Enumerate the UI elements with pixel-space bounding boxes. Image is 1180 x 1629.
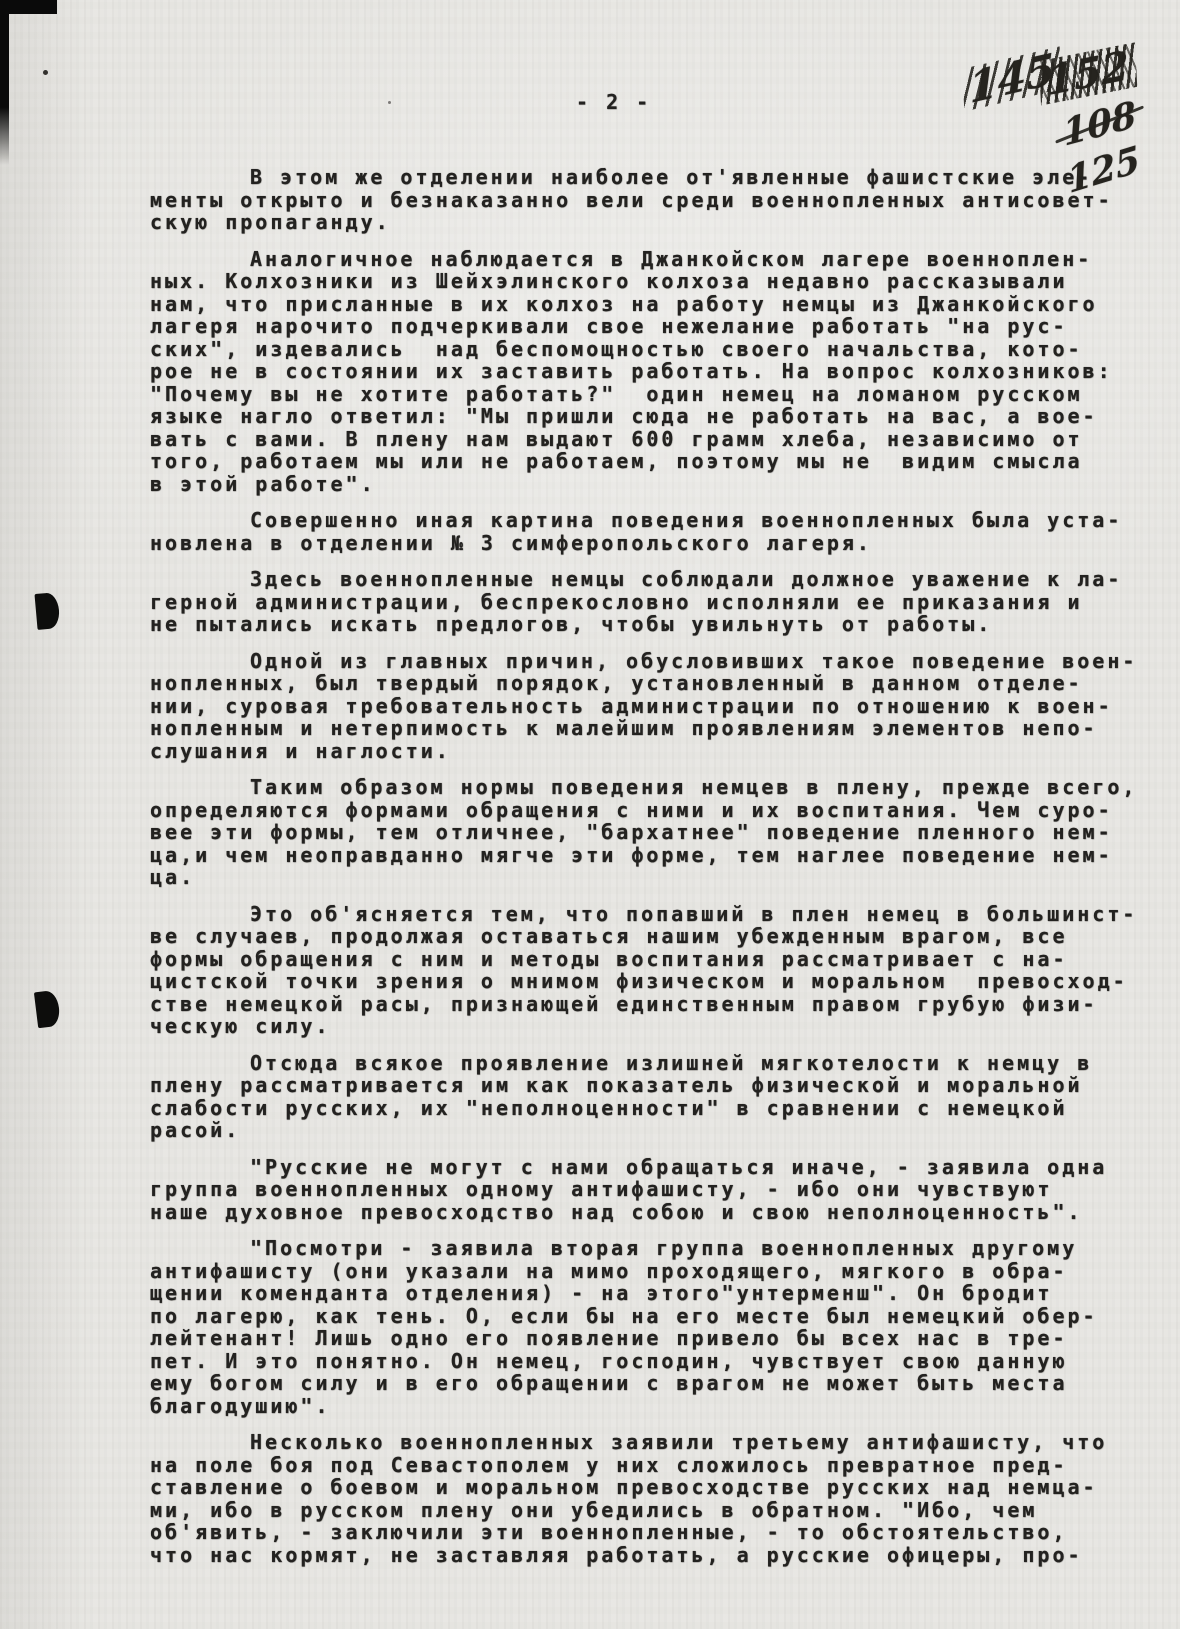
paragraph: Несколько военнопленных заявили третьему… <box>150 1431 1150 1566</box>
paragraph: "Посмотри - заявила вторая группа военно… <box>150 1237 1150 1417</box>
scan-edge-artifact <box>0 0 9 165</box>
paragraph: "Русские не могут с нами обращаться инач… <box>150 1156 1150 1224</box>
hole-punch-mark-top <box>34 592 60 630</box>
scanned-document-page: - 2 - 145 152 108 125 В этом же отделени… <box>0 0 1180 1629</box>
paragraph: Одной из главных причин, обусловивших та… <box>150 650 1150 763</box>
page-number: - 2 - <box>576 90 651 114</box>
ink-speck <box>43 70 48 75</box>
handwritten-folio-number-scribbled: 152 <box>1046 46 1130 102</box>
hole-punch-mark-bottom <box>34 990 61 1029</box>
ink-speck <box>388 101 391 104</box>
document-body: В этом же отделении наиболее от'явленные… <box>150 166 1150 1580</box>
paragraph: Это об'ясняется тем, что попавший в плен… <box>150 903 1150 1038</box>
paragraph: Аналогичное наблюдается в Джанкойском ла… <box>150 248 1150 496</box>
paragraph: Здесь военнопленные немцы соблюдали долж… <box>150 568 1150 636</box>
paragraph: Таким образом нормы поведения немцев в п… <box>150 776 1150 889</box>
paragraph: Отсюда всякое проявление излишней мягкот… <box>150 1052 1150 1142</box>
paragraph: Совершенно иная картина поведения военно… <box>150 509 1150 554</box>
paragraph: В этом же отделении наиболее от'явленные… <box>150 166 1150 234</box>
